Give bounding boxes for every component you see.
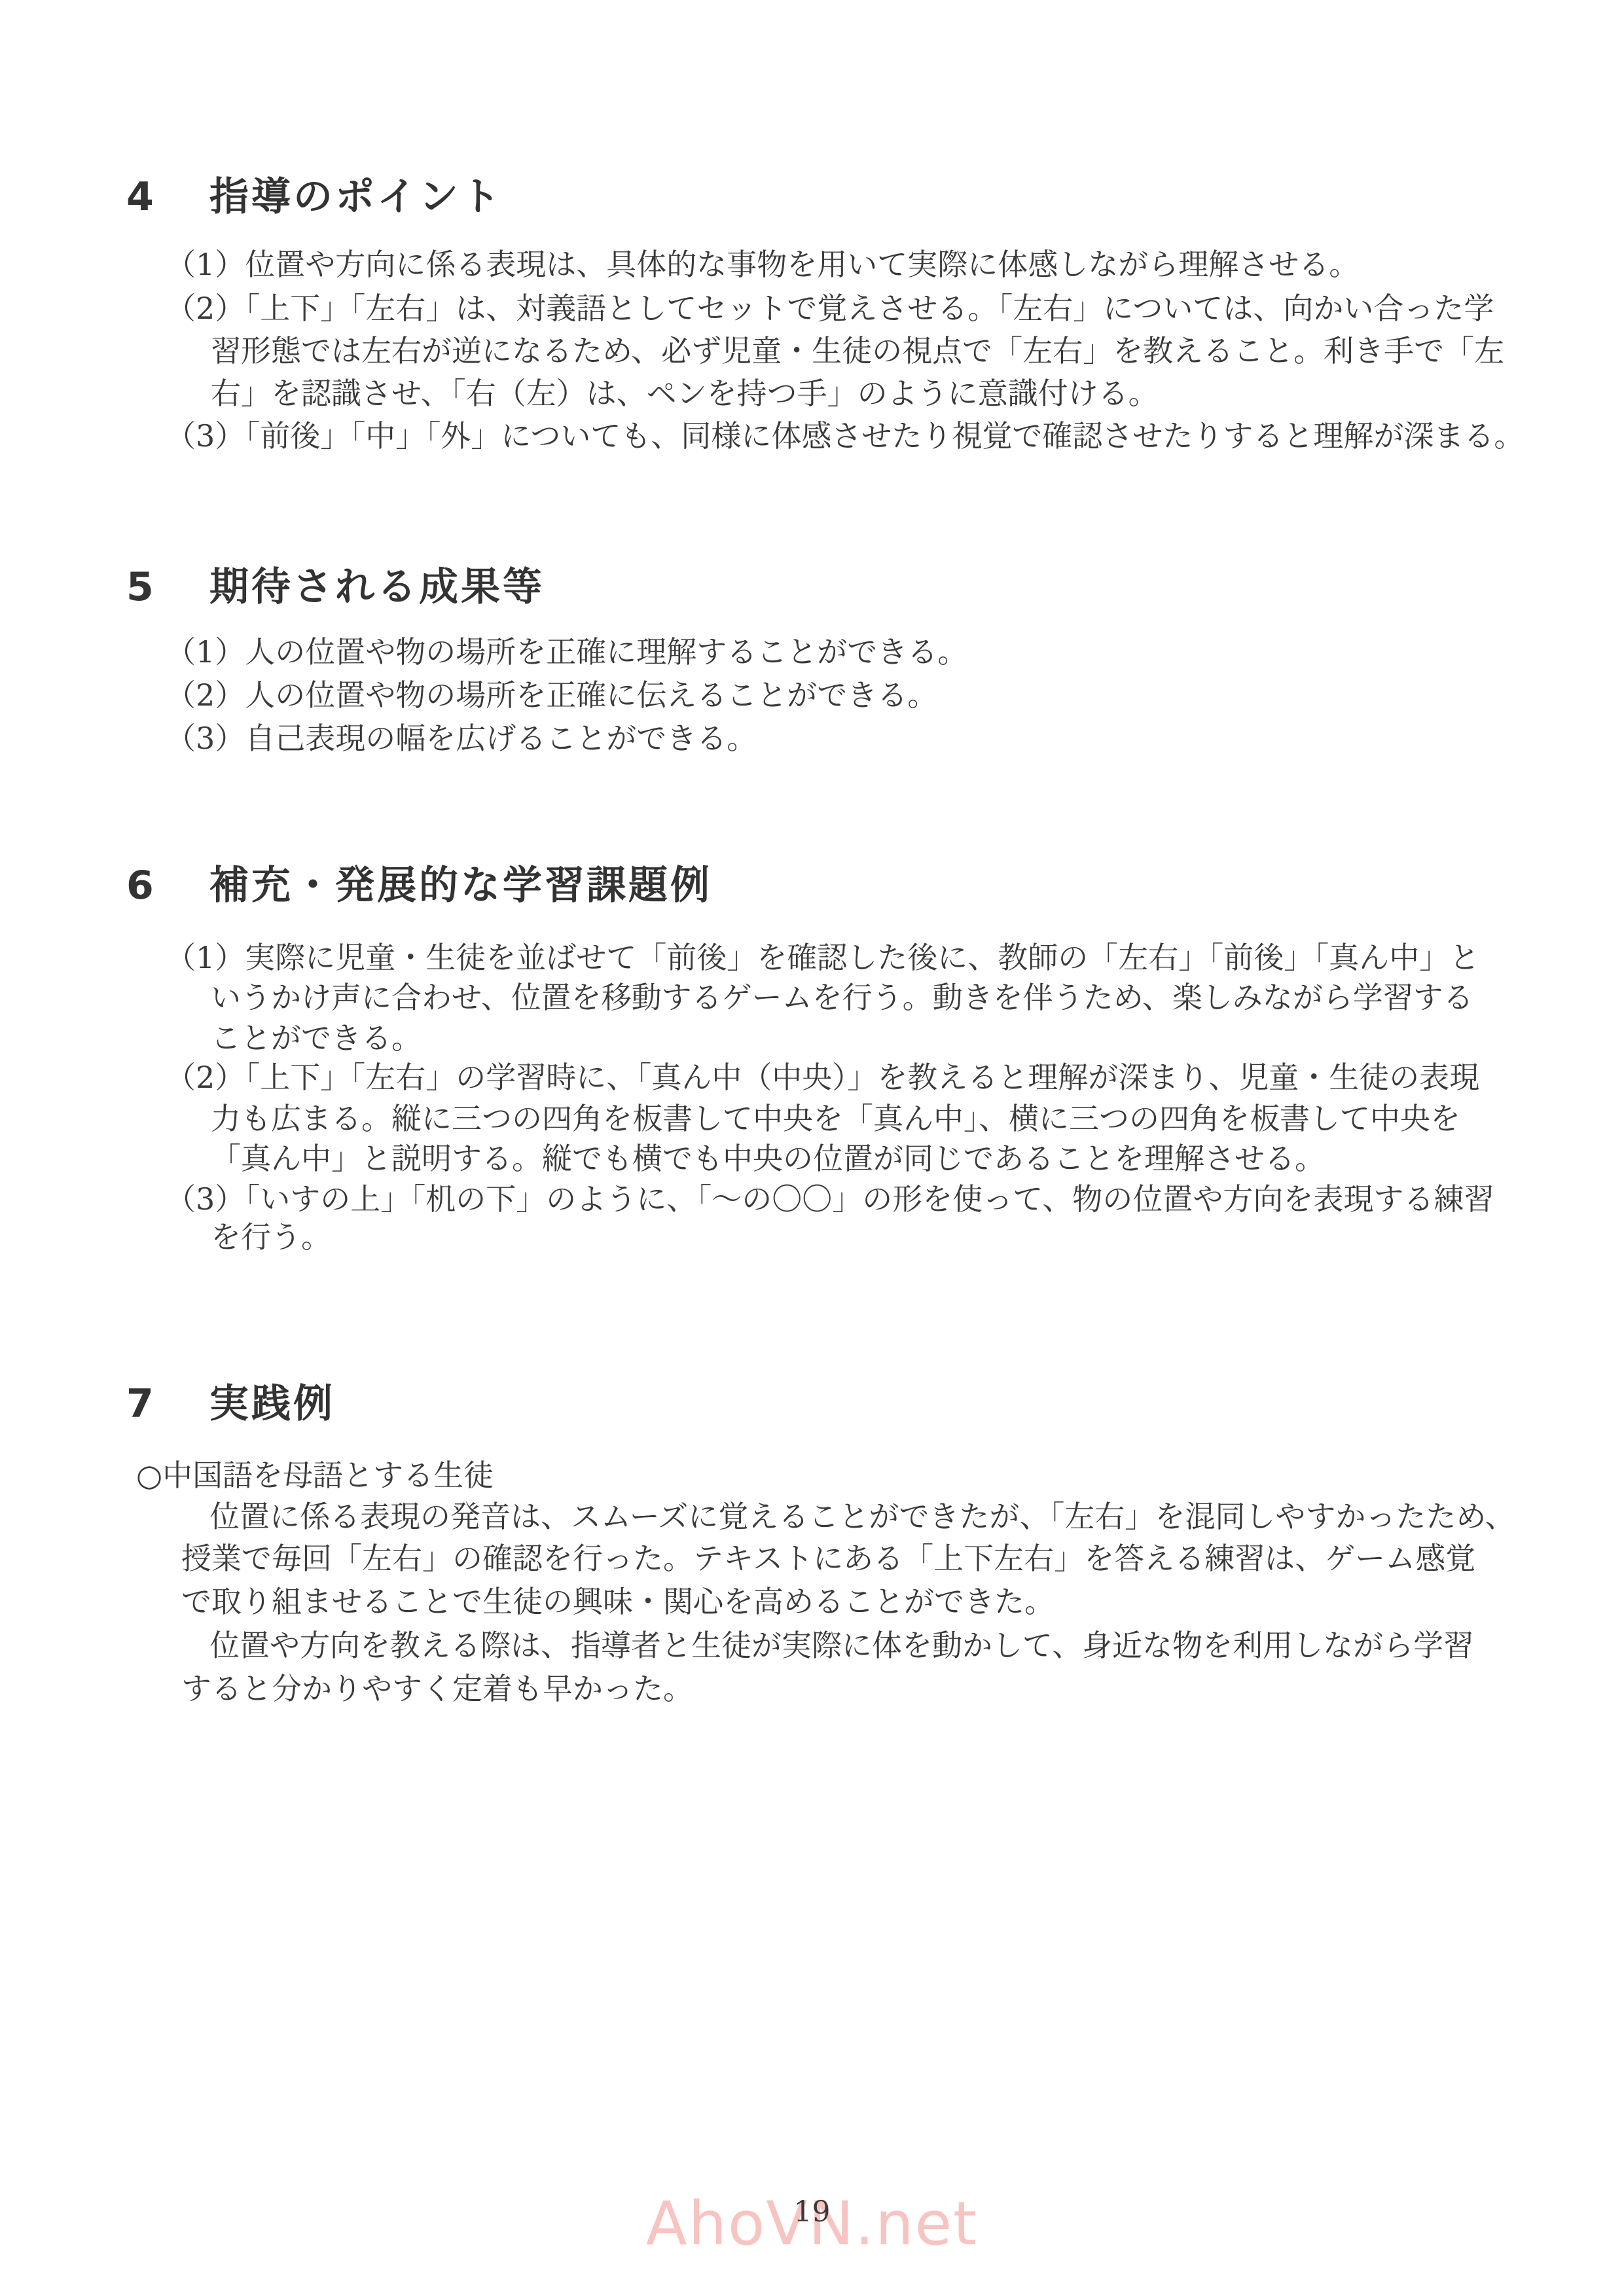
section-6-item-1-line-2: いうかけ声に合わせ、位置を移動するゲームを行う。動きを伴うため、楽しみながら学習… (211, 979, 1473, 1017)
section-5-title: 期待される成果等 (209, 564, 545, 610)
section-6-item-3-line-2: を行う。 (211, 1219, 331, 1257)
section-5-number: 5 (126, 565, 209, 609)
section-7-para-1-line-2: 授業で毎回「左右」の確認を行った。テキストにある「上下左右」を答える練習は、ゲー… (181, 1540, 1475, 1578)
section-5-heading: 5期待される成果等 (126, 565, 545, 609)
section-7-para-2-line-1: 位置や方向を教える際は、指導者と生徒が実際に体を動かして、身近な物を利用しながら… (209, 1627, 1473, 1665)
section-6-number: 6 (126, 864, 209, 907)
section-7-para-2-line-2: すると分かりやすく定着も早かった。 (181, 1670, 693, 1708)
section-7-para-1-line-3: で取り組ませることで生徒の興味・関心を高めることができた。 (181, 1583, 1055, 1621)
section-5-item-2-line-1: （2）人の位置や物の場所を正確に伝えることができる。 (166, 677, 937, 715)
section-4-item-2-line-2: 習形態では左右が逆になるため、必ず児童・生徒の視点で「左右」を教えること。利き手… (211, 332, 1504, 370)
section-6-item-3-line-1: （3）「いすの上」「机の下」のように、「〜の〇〇」の形を使って、物の位置や方向を… (166, 1181, 1494, 1219)
section-4-title: 指導のポイント (209, 174, 503, 220)
page-number: 19 (0, 2197, 1624, 2228)
section-4-item-2-line-3: 右」を認識させ、「右（左）は、ペンを持つ手」のように意識付ける。 (211, 375, 1159, 413)
section-6-title: 補充・発展的な学習課題例 (209, 863, 712, 908)
section-6-heading: 6補充・発展的な学習課題例 (126, 864, 712, 907)
section-7-para-1-line-1: 位置に係る表現の発音は、スムーズに覚えることができたが、「左右」を混同しやすかっ… (209, 1498, 1515, 1536)
section-6-item-2-line-1: （2）「上下」「左右」の学習時に、「真ん中（中央）」を教えると理解が深まり、児童… (166, 1059, 1479, 1097)
section-6-item-1-line-3: ことができる。 (211, 1020, 422, 1058)
section-5-item-3-line-1: （3）自己表現の幅を広げることができる。 (166, 720, 757, 758)
section-4-item-1-line-1: （1）位置や方向に係る表現は、具体的な事物を用いて実際に体感しながら理解させる。 (166, 246, 1359, 284)
section-4-heading: 4指導のポイント (126, 175, 503, 219)
section-5-item-1-line-1: （1）人の位置や物の場所を正確に理解することができる。 (166, 634, 967, 672)
section-6-item-2-line-2: 力も広まる。縦に三つの四角を板書して中央を「真ん中」、横に三つの四角を板書して中… (211, 1100, 1460, 1138)
section-4-item-3-line-1: （3）「前後」「中」「外」についても、同様に体感させたり視覚で確認させたりすると… (166, 418, 1524, 456)
document-page: 4指導のポイント （1）位置や方向に係る表現は、具体的な事物を用いて実際に体感し… (0, 0, 1624, 2296)
section-7-number: 7 (126, 1382, 209, 1426)
section-7-heading: 7実践例 (126, 1382, 335, 1426)
section-7-lead: ○中国語を母語とする生徒 (136, 1457, 494, 1495)
section-7-title: 実践例 (209, 1381, 335, 1427)
section-6-item-1-line-1: （1）実際に児童・生徒を並ばせて「前後」を確認した後に、教師の「左右」「前後」「… (166, 939, 1479, 977)
section-4-item-2-line-1: （2）「上下」「左右」は、対義語としてセットで覚えさせる。「左右」については、向… (166, 290, 1494, 328)
section-6-item-2-line-3: 「真ん中」と説明する。縦でも横でも中央の位置が同じであることを理解させる。 (211, 1140, 1325, 1178)
section-4-number: 4 (126, 175, 209, 219)
